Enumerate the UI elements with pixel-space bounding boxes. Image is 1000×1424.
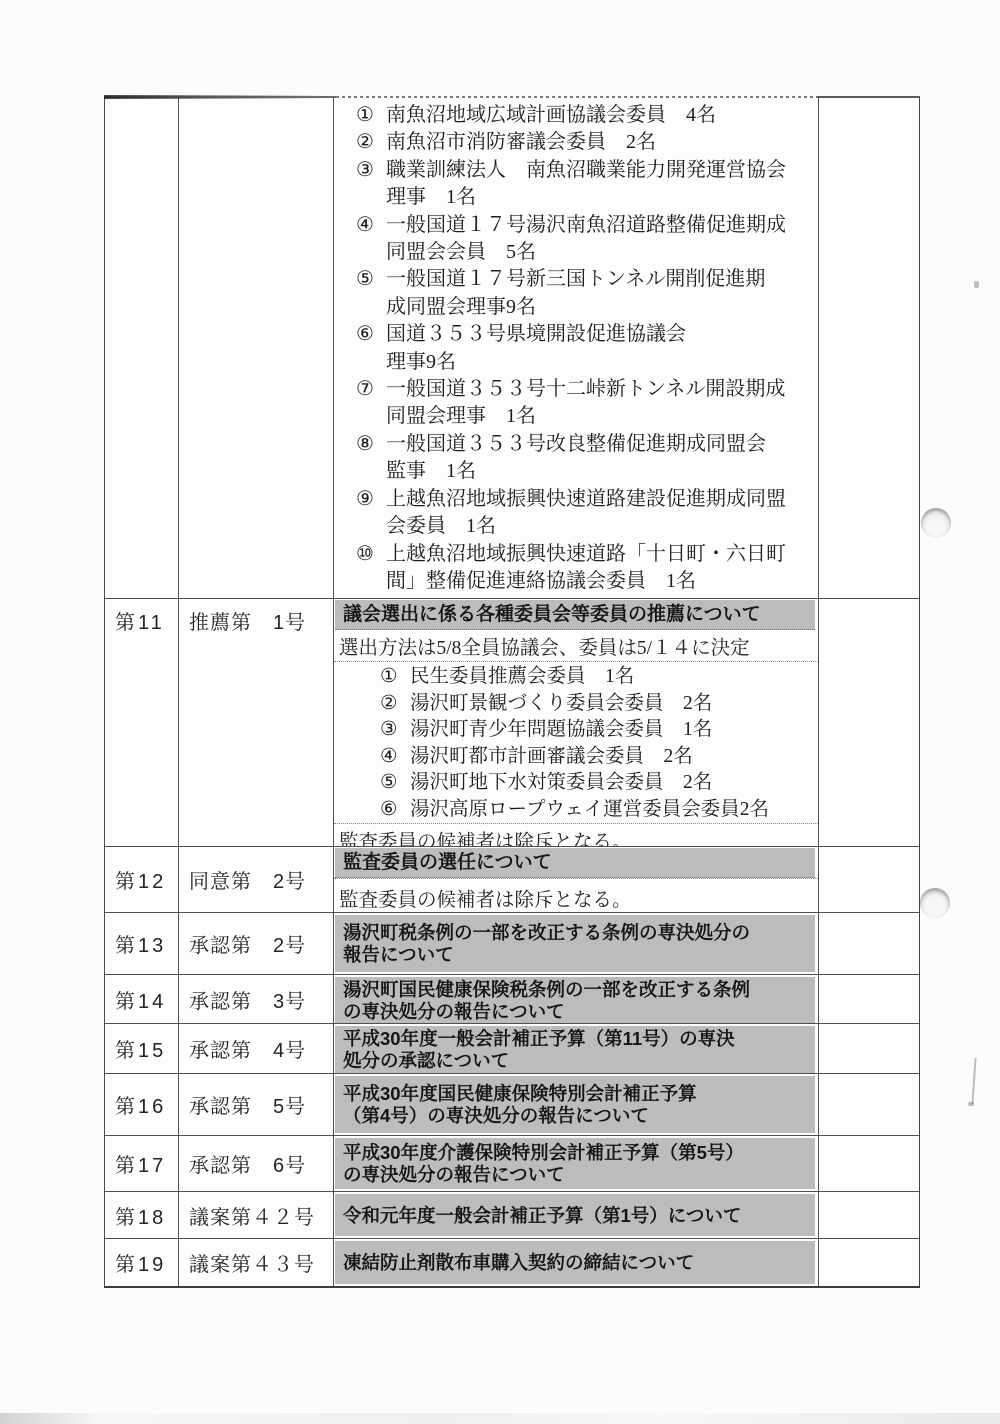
agenda-title-line: 処分の承認について: [343, 1050, 807, 1072]
scan-smudge-top-border: [104, 95, 319, 99]
committee-item-text: 湯沢町景観づくり委員会委員 2名: [410, 691, 712, 718]
summary-cell: 令和元年度一般会計補正予算（第1号）について: [334, 1192, 819, 1238]
summary-cell: ①南魚沼地域広域計画協議会委員 4名②南魚沼市消防審議会委員 2名③職業訓練法人…: [334, 97, 819, 598]
item-circled-number: ③: [356, 157, 386, 184]
bill-number-cell: 推薦第 1号: [179, 599, 334, 846]
agenda-title-highlight: 監査委員の選任について: [335, 848, 815, 878]
item-circled-number: ⑥: [380, 797, 410, 824]
item-circled-number: ②: [380, 691, 410, 718]
item-circled-number: ⑨: [356, 486, 386, 513]
committee-item: ②湯沢町景観づくり委員会委員 2名: [380, 691, 818, 718]
summary-cell: 平成30年度一般会計補正予算（第11号）の専決処分の承認について: [334, 1024, 819, 1073]
item-number-cell: 第12: [105, 847, 179, 912]
notes-cell: [819, 847, 919, 912]
exclusion-remark: 監査委員の候補者は除斥となる。: [334, 823, 818, 846]
committee-item-text: 上越魚沼地域振興快速道路建設促進期成同盟: [386, 486, 786, 513]
agenda-item-number: 第19: [115, 1248, 166, 1277]
bill-number-cell: 同意第 2号: [179, 847, 334, 912]
item-number-cell: 第11: [105, 599, 179, 846]
agenda-title-highlight: 湯沢町国民健康保険税条例の一部を改正する条例の専決処分の報告について: [335, 977, 815, 1023]
committee-item: ①民生委員推薦会委員 1名: [380, 664, 818, 691]
item-number-cell: 第14: [105, 975, 179, 1023]
agenda-title-highlight: 平成30年度介護保険特別会計補正予算（第5号）の専決処分の報告について: [335, 1138, 815, 1189]
agenda-title-highlight: 平成30年度一般会計補正予算（第11号）の専決処分の承認について: [335, 1026, 815, 1073]
scan-speck: [974, 281, 979, 288]
item-number-cell: 第13: [105, 913, 179, 974]
item-number-cell: [105, 97, 179, 598]
item-number-cell: 第19: [105, 1239, 179, 1286]
committee-item: ⑥湯沢高原ロープウェイ運営委員会委員2名: [380, 797, 818, 824]
bill-number: 承認第 2号: [189, 929, 306, 958]
bill-number: 承認第 4号: [189, 1034, 306, 1063]
notes-cell: [819, 1239, 919, 1286]
bill-number-cell: 承認第 2号: [179, 913, 334, 974]
agenda-title-line: 平成30年度一般会計補正予算（第11号）の専決: [343, 1028, 807, 1050]
bill-number-cell: 承認第 3号: [179, 975, 334, 1023]
item-circled-number: ②: [356, 129, 386, 156]
committee-item-text: 上越魚沼地域振興快速道路「十日町・六日町: [386, 541, 786, 568]
committee-item-wrap: 間」整備促進連絡協議会委員 1名: [356, 568, 818, 595]
table-row-dai-14: 第14承認第 3号湯沢町国民健康保険税条例の一部を改正する条例の専決処分の報告に…: [105, 974, 919, 1023]
item-circled-number: ⑧: [356, 431, 386, 458]
scanned-agenda-page: ①南魚沼地域広域計画協議会委員 4名②南魚沼市消防審議会委員 2名③職業訓練法人…: [0, 0, 1000, 1424]
selection-method-note: 選出方法は5/8全員協議会、委員は5/１４に決定: [334, 630, 818, 662]
table-row-dai-18: 第18議案第４２号令和元年度一般会計補正予算（第1号）について: [105, 1191, 919, 1238]
committee-item-wrap: 理事9名: [356, 349, 818, 376]
bill-number-cell: 承認第 6号: [179, 1136, 334, 1191]
committee-item-wrap: 成同盟会理事9名: [356, 294, 818, 321]
item-number-cell: 第17: [105, 1136, 179, 1191]
table-top-border-dashed: [336, 96, 817, 98]
item-number-cell: 第15: [105, 1024, 179, 1073]
bill-number-cell: 議案第４２号: [179, 1192, 334, 1238]
agenda-item-number: 第14: [115, 985, 166, 1014]
committee-item-wrap: 同盟会理事 1名: [356, 403, 818, 430]
agenda-item-number: 第13: [115, 929, 166, 958]
agenda-item-number: 第18: [115, 1201, 166, 1230]
agenda-title-highlight: 湯沢町税条例の一部を改正する条例の専決処分の報告について: [335, 915, 815, 972]
committee-item: ⑥国道３５３号県境開設促進協議会: [356, 321, 818, 348]
agenda-item-number: 第15: [115, 1034, 166, 1063]
scan-speck: [971, 1058, 976, 1104]
bill-number: 同意第 2号: [189, 865, 306, 894]
agenda-title-line: の専決処分の報告について: [343, 1001, 807, 1023]
committee-item: ③湯沢町青少年問題協議会委員 1名: [380, 717, 818, 744]
table-row-continuation: ①南魚沼地域広域計画協議会委員 4名②南魚沼市消防審議会委員 2名③職業訓練法人…: [105, 97, 919, 598]
committee-item-wrap: 監事 1名: [356, 458, 818, 485]
committee-item: ③職業訓練法人 南魚沼職業能力開発運営協会: [356, 157, 818, 184]
item-circled-number: ①: [380, 664, 410, 691]
item-circled-number: ④: [380, 744, 410, 771]
bill-number: 承認第 3号: [189, 985, 306, 1014]
bill-number-cell: [179, 97, 334, 598]
summary-cell: 議会選出に係る各種委員会等委員の推薦について選出方法は5/8全員協議会、委員は5…: [334, 599, 819, 846]
committee-item-text: 一般国道３５３号十二峠新トンネル開設期成: [386, 376, 785, 403]
notes-cell: [819, 1192, 919, 1238]
committee-item-text: 南魚沼地域広域計画協議会委員 4名: [386, 102, 716, 129]
notes-cell: [819, 913, 919, 974]
summary-cell: 湯沢町税条例の一部を改正する条例の専決処分の報告について: [334, 913, 819, 974]
committee-item-text: 一般国道３５３号改良整備促進期成同盟会: [386, 431, 766, 458]
committee-item: ④一般国道１７号湯沢南魚沼道路整備促進期成: [356, 212, 818, 239]
exclusion-remark: 監査委員の候補者は除斥となる。: [334, 878, 818, 912]
committee-item-wrap: 理事 1名: [356, 184, 818, 211]
punch-hole-artifact: [920, 888, 950, 918]
agenda-item-number: 第16: [115, 1090, 166, 1119]
bill-number: 承認第 6号: [189, 1149, 306, 1178]
table-row-dai-15: 第15承認第 4号平成30年度一般会計補正予算（第11号）の専決処分の承認につい…: [105, 1023, 919, 1073]
scanner-edge-artifact: [0, 1413, 1000, 1424]
committee-item-text: 職業訓練法人 南魚沼職業能力開発運営協会: [386, 157, 786, 184]
committee-list: ①民生委員推薦会委員 1名②湯沢町景観づくり委員会委員 2名③湯沢町青少年問題協…: [334, 662, 818, 823]
table-row-dai-13: 第13承認第 2号湯沢町税条例の一部を改正する条例の専決処分の報告について: [105, 912, 919, 974]
committee-item: ⑧一般国道３５３号改良整備促進期成同盟会: [356, 431, 818, 458]
agenda-title-line: 報告について: [343, 944, 807, 966]
table-row-dai-17: 第17承認第 6号平成30年度介護保険特別会計補正予算（第5号）の専決処分の報告…: [105, 1135, 919, 1191]
notes-cell: [819, 1074, 919, 1135]
item-circled-number: ①: [356, 102, 386, 129]
item-number-cell: 第18: [105, 1192, 179, 1238]
item-circled-number: ⑩: [356, 541, 386, 568]
committee-list: ①南魚沼地域広域計画協議会委員 4名②南魚沼市消防審議会委員 2名③職業訓練法人…: [334, 97, 818, 595]
punch-hole-artifact: [921, 508, 951, 538]
agenda-title-highlight: 平成30年度国民健康保険特別会計補正予算（第4号）の専決処分の報告について: [335, 1076, 815, 1133]
summary-cell: 平成30年度国民健康保険特別会計補正予算（第4号）の専決処分の報告について: [334, 1074, 819, 1135]
table-row-dai-11: 第11推薦第 1号議会選出に係る各種委員会等委員の推薦について選出方法は5/8全…: [105, 598, 919, 846]
committee-item-text: 一般国道１７号湯沢南魚沼道路整備促進期成: [386, 212, 786, 239]
notes-cell: [819, 1024, 919, 1073]
agenda-title-line: 令和元年度一般会計補正予算（第1号）について: [343, 1206, 807, 1226]
committee-item: ⑩上越魚沼地域振興快速道路「十日町・六日町: [356, 541, 818, 568]
bill-number: 議案第４２号: [189, 1201, 315, 1230]
bill-number: 承認第 5号: [189, 1090, 306, 1119]
committee-item-text: 国道３５３号県境開設促進協議会: [386, 321, 686, 348]
bill-number: 推薦第 1号: [189, 612, 306, 634]
item-circled-number: ⑥: [356, 321, 386, 348]
notes-cell: [819, 975, 919, 1023]
agenda-title-line: 湯沢町国民健康保険税条例の一部を改正する条例: [343, 979, 807, 1001]
notes-cell: [819, 97, 919, 598]
agenda-title-highlight: 議会選出に係る各種委員会等委員の推薦について: [335, 600, 815, 630]
notes-cell: [819, 1136, 919, 1191]
committee-item-text: 湯沢町青少年問題協議会委員 1名: [410, 717, 712, 744]
committee-item: ⑤一般国道１７号新三国トンネル開削促進期: [356, 266, 818, 293]
agenda-title-line: 平成30年度国民健康保険特別会計補正予算: [343, 1083, 807, 1105]
committee-item: ①南魚沼地域広域計画協議会委員 4名: [356, 102, 818, 129]
committee-item-text: 湯沢高原ロープウェイ運営委員会委員2名: [410, 797, 769, 824]
agenda-item-number: 第17: [115, 1149, 166, 1178]
agenda-title-line: 平成30年度介護保険特別会計補正予算（第5号）: [343, 1142, 807, 1164]
agenda-item-number: 第12: [115, 865, 166, 894]
committee-item-wrap: 同盟会会員 5名: [356, 239, 818, 266]
agenda-item-number: 第11: [115, 612, 165, 634]
notes-cell: [819, 599, 919, 846]
item-circled-number: ⑦: [356, 376, 386, 403]
agenda-title-highlight: 凍結防止剤散布車購入契約の締結について: [335, 1241, 815, 1284]
agenda-title-line: 凍結防止剤散布車購入契約の締結について: [343, 1253, 807, 1273]
committee-item: ⑨上越魚沼地域振興快速道路建設促進期成同盟: [356, 486, 818, 513]
item-circled-number: ③: [380, 717, 410, 744]
committee-item: ②南魚沼市消防審議会委員 2名: [356, 129, 818, 156]
agenda-title-line: の専決処分の報告について: [343, 1164, 807, 1186]
bill-number-cell: 承認第 5号: [179, 1074, 334, 1135]
summary-cell: 平成30年度介護保険特別会計補正予算（第5号）の専決処分の報告について: [334, 1136, 819, 1191]
committee-item-text: 一般国道１７号新三国トンネル開削促進期: [386, 266, 765, 293]
bill-number: 議案第４３号: [189, 1248, 315, 1277]
summary-cell: 凍結防止剤散布車購入契約の締結について: [334, 1239, 819, 1286]
committee-item-text: 湯沢町都市計画審議会委員 2名: [410, 744, 693, 771]
committee-item-text: 南魚沼市消防審議会委員 2名: [386, 129, 656, 156]
item-circled-number: ⑤: [356, 266, 386, 293]
committee-item-wrap: 会委員 1名: [356, 513, 818, 540]
summary-cell: 湯沢町国民健康保険税条例の一部を改正する条例の専決処分の報告について: [334, 975, 819, 1023]
committee-item: ④湯沢町都市計画審議会委員 2名: [380, 744, 818, 771]
item-circled-number: ④: [356, 212, 386, 239]
committee-item: ⑤湯沢町地下水対策委員会委員 2名: [380, 770, 818, 797]
scan-speck: [968, 1102, 974, 1106]
table-top-border-right: [817, 96, 920, 98]
table-row-dai-12: 第12同意第 2号監査委員の選任について監査委員の候補者は除斥となる。: [105, 846, 919, 912]
item-number-cell: 第16: [105, 1074, 179, 1135]
bill-number-cell: 承認第 4号: [179, 1024, 334, 1073]
agenda-title-line: （第4号）の専決処分の報告について: [343, 1105, 807, 1127]
agenda-table: ①南魚沼地域広域計画協議会委員 4名②南魚沼市消防審議会委員 2名③職業訓練法人…: [104, 97, 920, 1288]
committee-item-text: 民生委員推薦会委員 1名: [410, 664, 634, 691]
agenda-title-highlight: 令和元年度一般会計補正予算（第1号）について: [335, 1194, 815, 1236]
item-circled-number: ⑤: [380, 770, 410, 797]
bill-number-cell: 議案第４３号: [179, 1239, 334, 1286]
agenda-title-line: 湯沢町税条例の一部を改正する条例の専決処分の: [343, 922, 807, 944]
table-row-dai-19: 第19議案第４３号凍結防止剤散布車購入契約の締結について: [105, 1238, 919, 1286]
committee-item-text: 湯沢町地下水対策委員会委員 2名: [410, 770, 712, 797]
committee-item: ⑦一般国道３５３号十二峠新トンネル開設期成: [356, 376, 818, 403]
table-row-dai-16: 第16承認第 5号平成30年度国民健康保険特別会計補正予算（第4号）の専決処分の…: [105, 1073, 919, 1135]
summary-cell: 監査委員の選任について監査委員の候補者は除斥となる。: [334, 847, 819, 912]
